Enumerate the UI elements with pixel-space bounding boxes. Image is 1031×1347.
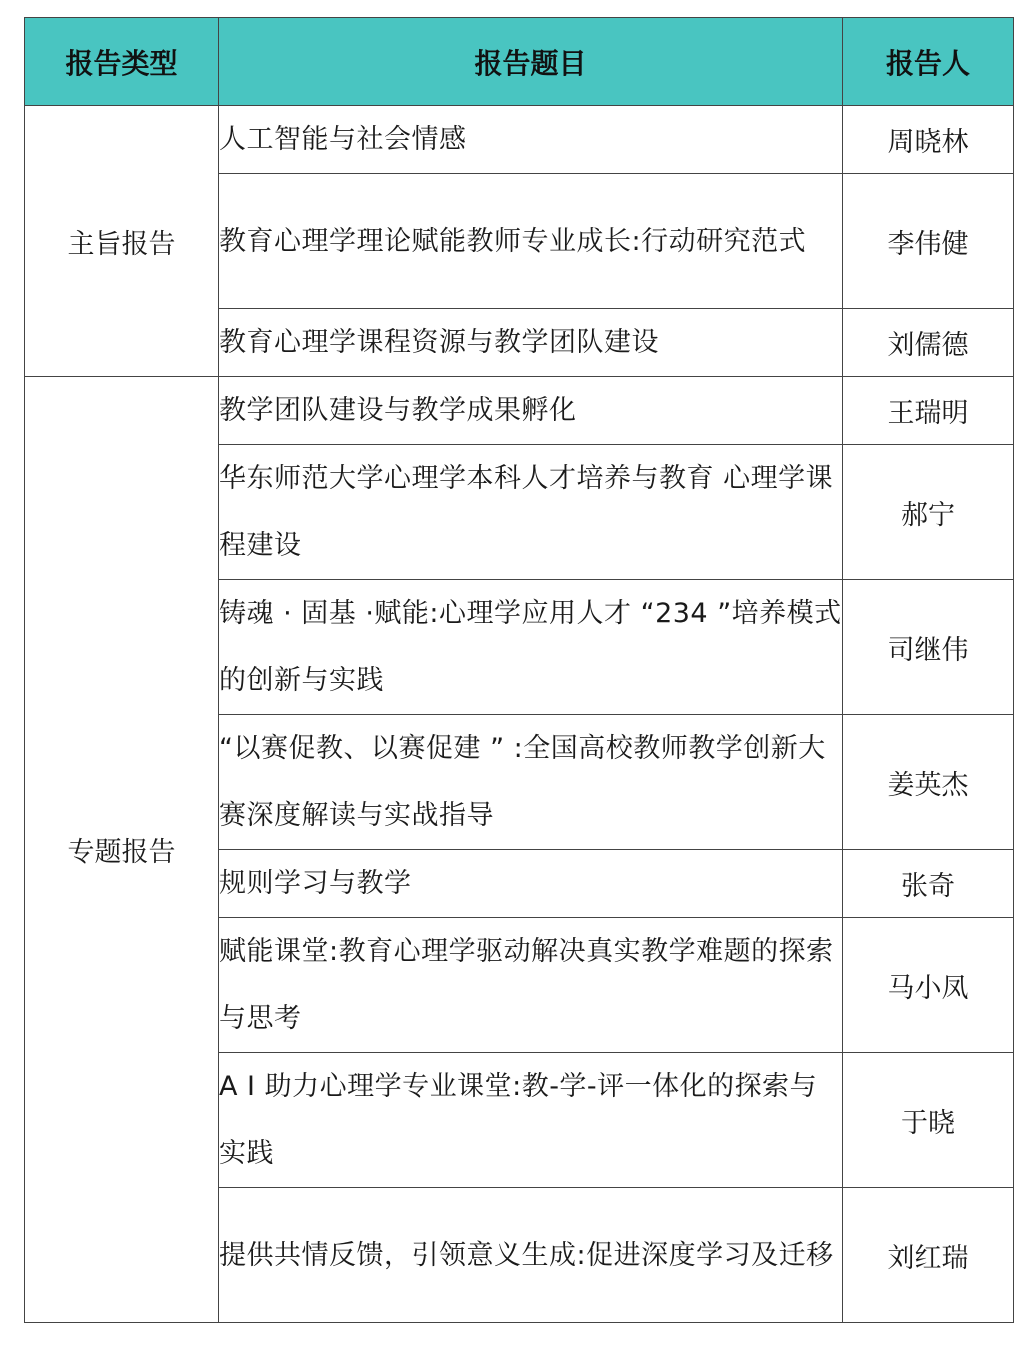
report-title-cell: 教学团队建设与教学成果孵化 <box>219 377 843 445</box>
speaker-cell: 张奇 <box>843 850 1014 918</box>
speaker-cell: 司继伟 <box>843 580 1014 715</box>
report-title-cell: 提供共情反馈，引领意义生成:促进深度学习及迁移 <box>219 1188 843 1323</box>
speaker-cell: 郝宁 <box>843 445 1014 580</box>
table-header-row: 报告类型 报告题目 报告人 <box>25 18 1014 106</box>
speaker-cell: 王瑞明 <box>843 377 1014 445</box>
speaker-cell: 刘红瑞 <box>843 1188 1014 1323</box>
table-row: 主旨报告 人工智能与社会情感 周晓林 <box>25 106 1014 174</box>
report-title-cell: “以赛促教、以赛促建 ” :全国高校教师教学创新大 赛深度解读与实战指导 <box>219 715 843 850</box>
report-title-cell: 教育心理学理论赋能教师专业成长:行动研究范式 <box>219 174 843 309</box>
report-type-cell: 专题报告 <box>25 377 219 1323</box>
report-title-cell: 赋能课堂:教育心理学驱动解决真实教学难题的探索 与思考 <box>219 918 843 1053</box>
report-title-cell: 铸魂 · 固基 ·赋能:心理学应用人才 “234 ”培养模式的创新与实践 <box>219 580 843 715</box>
speaker-cell: 周晓林 <box>843 106 1014 174</box>
report-type-cell: 主旨报告 <box>25 106 219 377</box>
speaker-cell: 于晓 <box>843 1053 1014 1188</box>
header-speaker: 报告人 <box>843 18 1014 106</box>
report-title-cell: 规则学习与教学 <box>219 850 843 918</box>
report-title-cell: 教育心理学课程资源与教学团队建设 <box>219 309 843 377</box>
speaker-cell: 刘儒德 <box>843 309 1014 377</box>
speaker-cell: 李伟健 <box>843 174 1014 309</box>
speaker-cell: 马小凤 <box>843 918 1014 1053</box>
report-title-cell: A I 助力心理学专业课堂:教-学-评一体化的探索与 实践 <box>219 1053 843 1188</box>
report-title-cell: 人工智能与社会情感 <box>219 106 843 174</box>
header-report-title: 报告题目 <box>219 18 843 106</box>
report-schedule-table: 报告类型 报告题目 报告人 主旨报告 人工智能与社会情感 周晓林 教育心理学理论… <box>24 17 1014 1323</box>
header-report-type: 报告类型 <box>25 18 219 106</box>
report-title-cell: 华东师范大学心理学本科人才培养与教育 心理学课程建设 <box>219 445 843 580</box>
speaker-cell: 姜英杰 <box>843 715 1014 850</box>
table-row: 专题报告 教学团队建设与教学成果孵化 王瑞明 <box>25 377 1014 445</box>
